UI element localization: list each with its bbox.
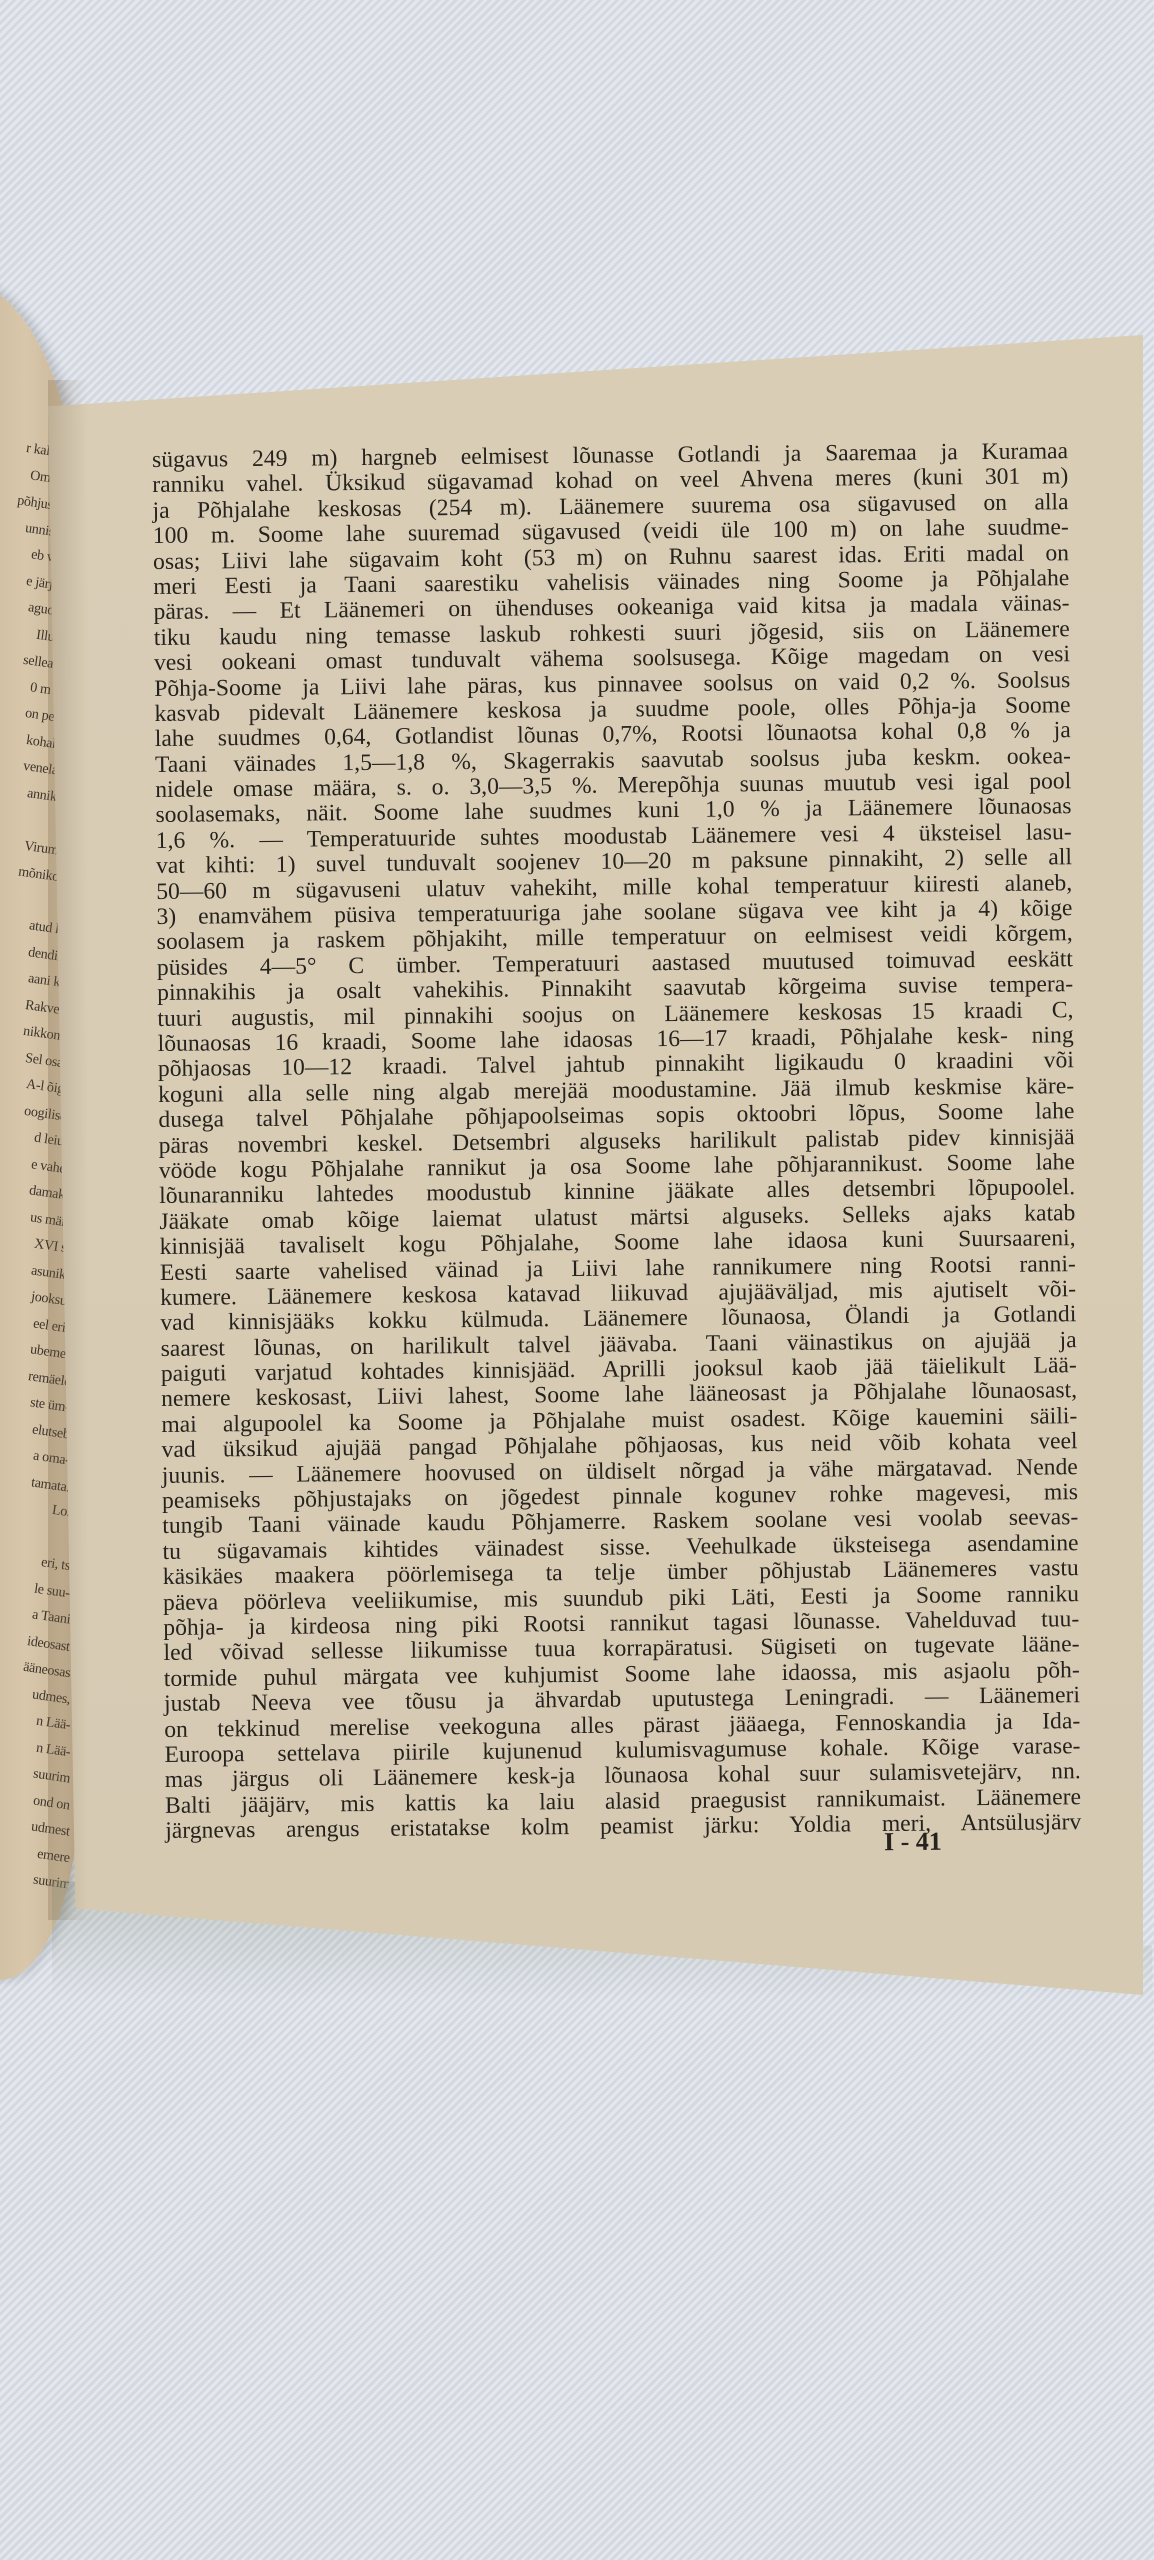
photo-scene: r kaldubOmedupõhjuseksunnistabeb vaide j… xyxy=(0,0,1154,2560)
page-gutter-shadow xyxy=(48,380,88,1920)
body-text: sügavus 249 m) hargneb eelmisest lõunass… xyxy=(152,439,1081,1844)
page-number: I - 41 xyxy=(884,1827,942,1858)
